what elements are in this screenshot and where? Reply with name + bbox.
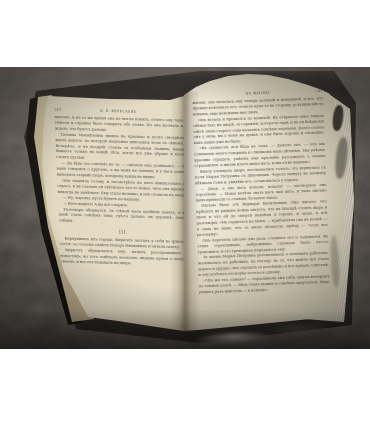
book-photo: 140 В. В. Вересаевъ шагомъ, и въ то же в…	[0, 67, 370, 349]
text-paragraph: Онъ всталъ и прошелся по комнатѣ. Въ отк…	[193, 113, 325, 146]
right-page-text: Къ жизни 141 жизни, она казалась ему теп…	[192, 89, 331, 325]
left-paragraph-block: шагомъ, и въ то же время она не могла по…	[54, 114, 187, 227]
text-paragraph: «Что же это, однако? — спрашивалъ онъ се…	[198, 274, 330, 296]
left-page-number: 140	[54, 108, 62, 112]
screenshot-root: 140 В. В. Вересаевъ шагомъ, и въ то же в…	[0, 0, 370, 423]
left-running-title: В. В. Вересаевъ	[62, 108, 175, 115]
text-paragraph: Разговоръ оборвался. За стѣной часы проб…	[58, 206, 187, 227]
section-heading: III.	[59, 228, 188, 237]
right-page-number: 141	[315, 89, 323, 93]
right-paragraph-block: жизни, она казалась ему теперь далекой и…	[192, 96, 330, 296]
gutter-shadow	[170, 91, 200, 334]
text-paragraph: Татьяна Михайловна вышла на крыльцо и до…	[55, 132, 185, 164]
text-paragraph: Письмо было отъ Варвары Васильевны. Она …	[196, 199, 328, 238]
